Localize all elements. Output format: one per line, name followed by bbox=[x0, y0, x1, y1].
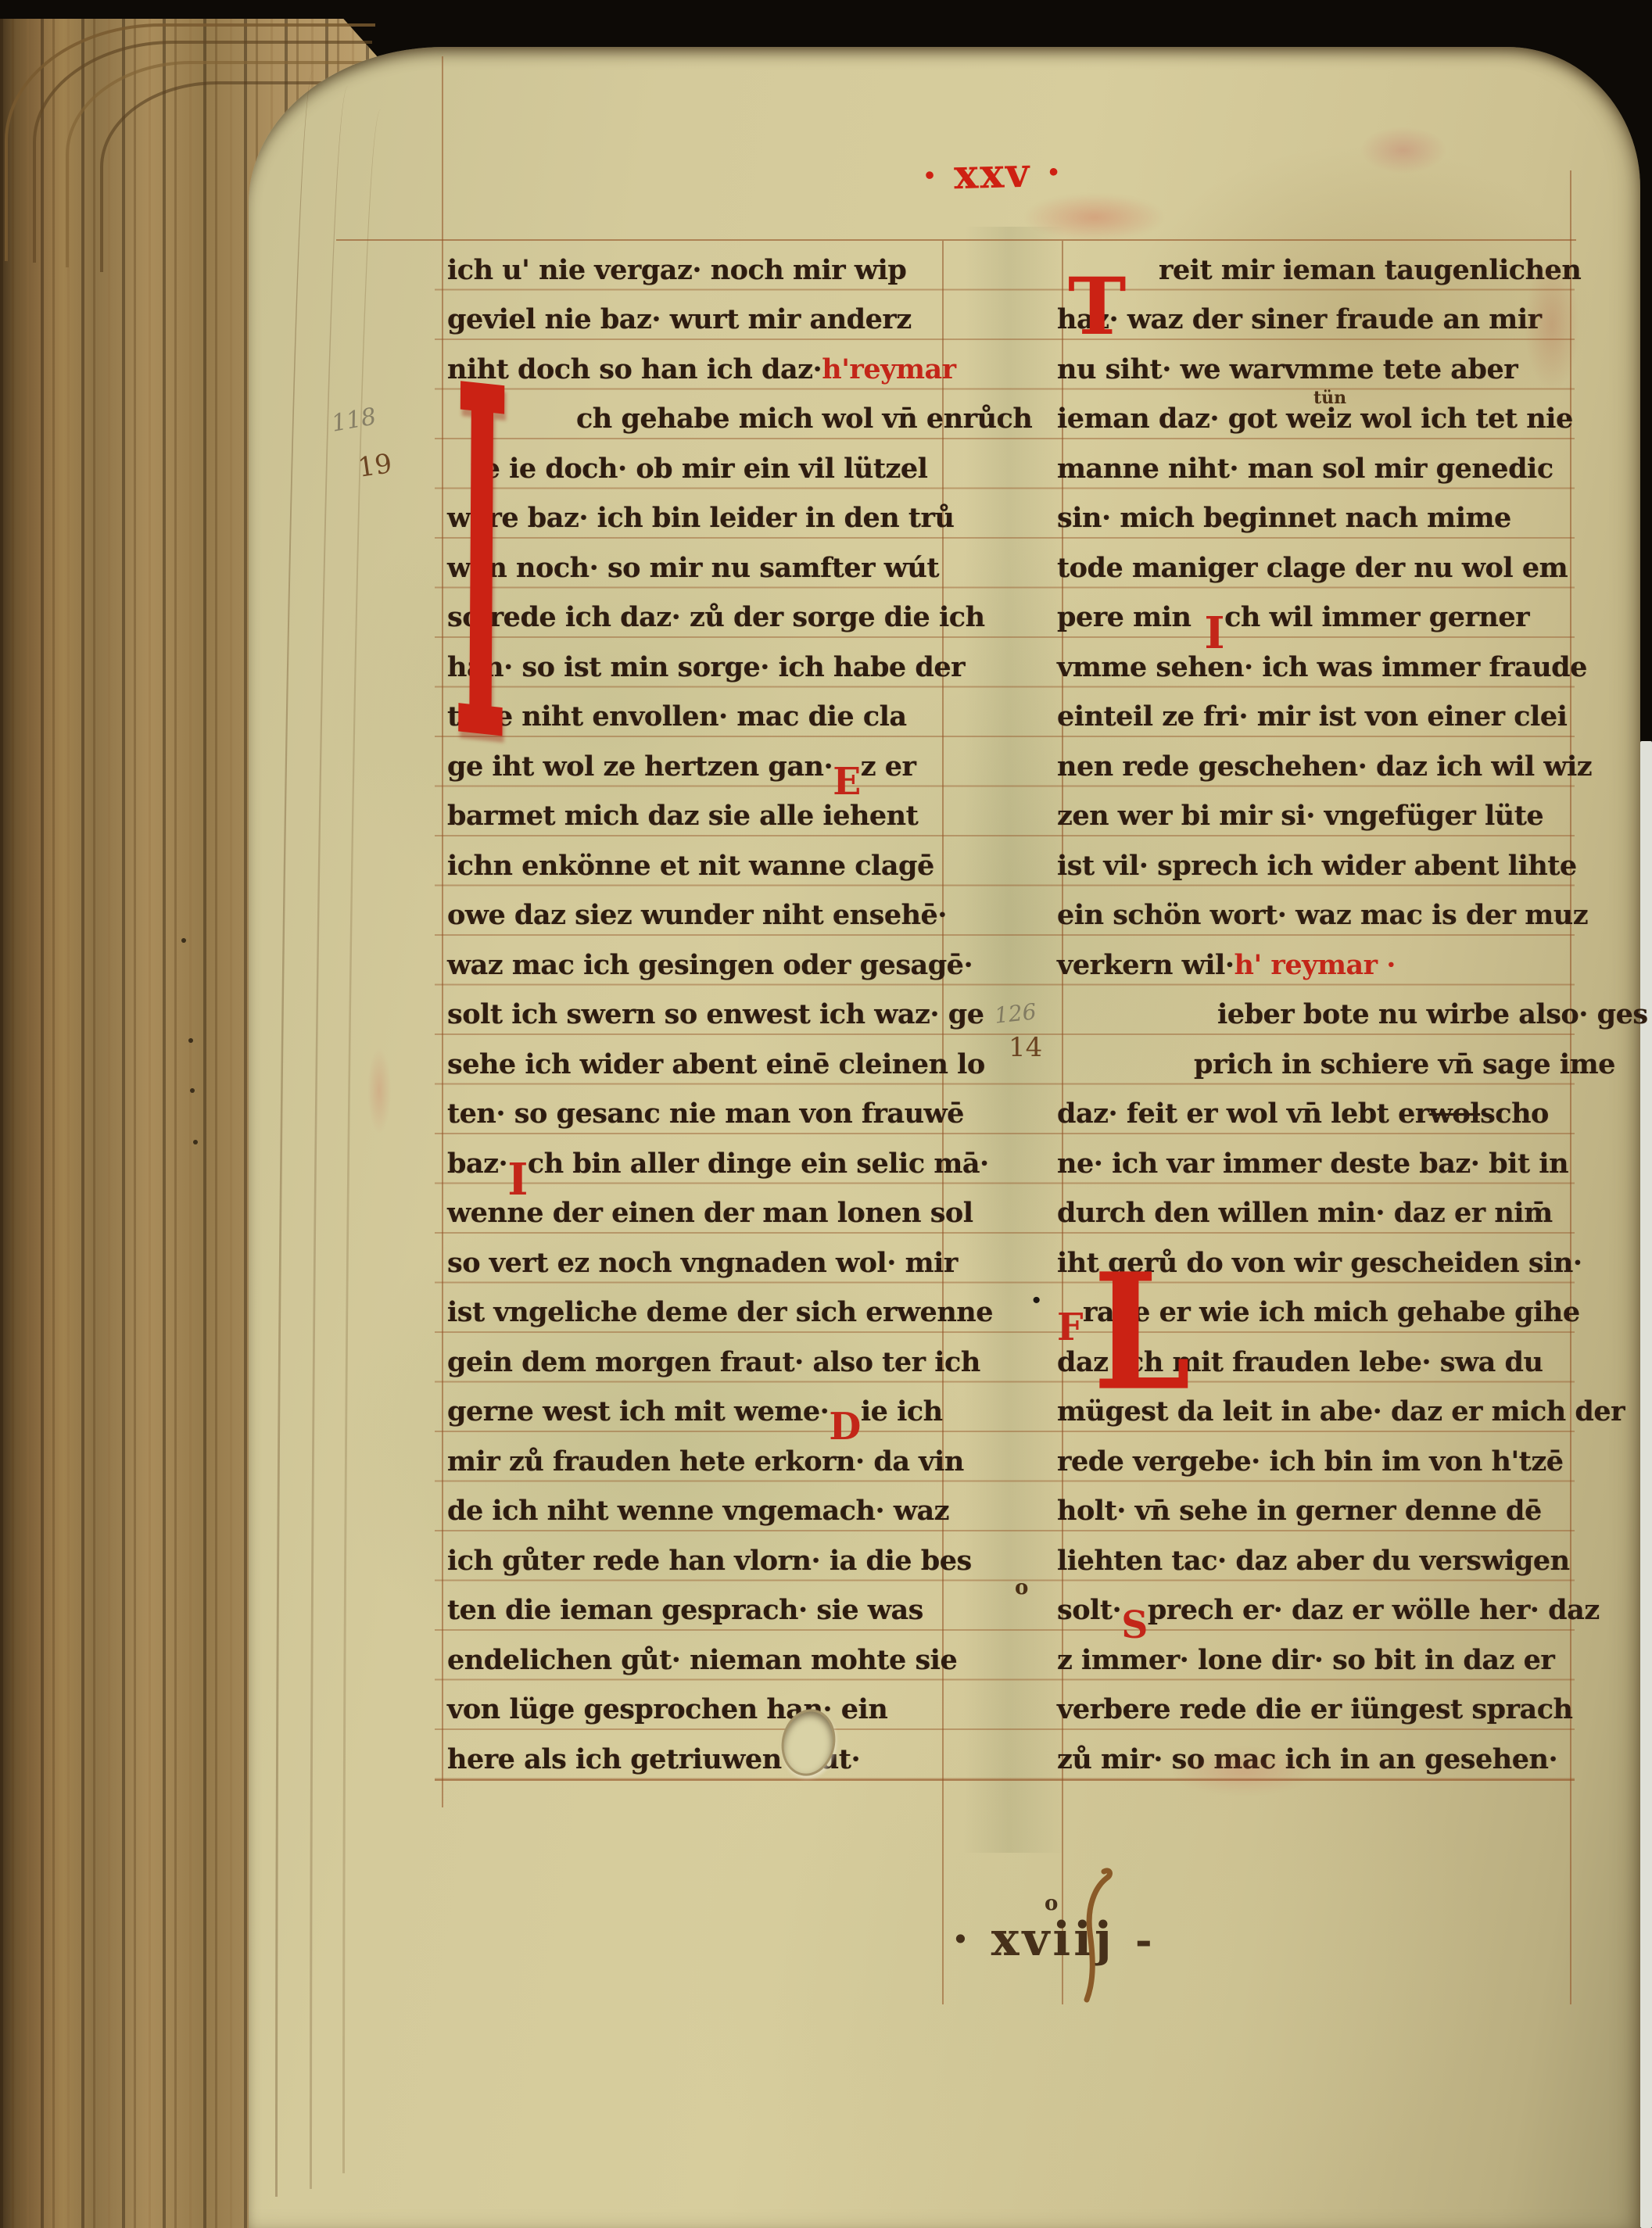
text-line: einteil ze fri· mir ist von einer clei bbox=[1057, 688, 1575, 738]
body-text: ie ich bbox=[861, 1395, 943, 1427]
body-text: ch gehabe mich wol vn̄ enrůch bbox=[576, 403, 1032, 435]
pricking-hole bbox=[190, 1088, 195, 1093]
body-text: z immer· lone dir· so bit in daz er bbox=[1057, 1644, 1554, 1676]
body-text: were baz· ich bin leider in den trů bbox=[447, 502, 954, 534]
body-text: nu siht· we warvmme tete aber bbox=[1057, 353, 1518, 385]
text-line: ich gůter rede han vlorn· ia die bes bbox=[447, 1531, 948, 1581]
text-line: ieber bote nu wirbe also· ges bbox=[1057, 986, 1575, 1036]
body-text: ist vngeliche deme der sich erwenne bbox=[447, 1296, 993, 1328]
rubric-text: h'reymar bbox=[822, 353, 955, 385]
body-text: solt· bbox=[1057, 1594, 1121, 1626]
initial-I-left-margin: I bbox=[453, 385, 510, 751]
quire-signature-dash: - bbox=[1135, 1917, 1152, 1965]
text-line: ist vngeliche deme der sich erwenne bbox=[447, 1284, 948, 1334]
body-text: sin· mich beginnet nach mime bbox=[1057, 502, 1511, 534]
body-text: endelichen gůt· nieman mohte sie bbox=[447, 1644, 957, 1676]
text-line: owe daz siez wunder niht ensehē· bbox=[447, 887, 948, 937]
body-text: waz mac ich gesingen oder gesagē· bbox=[447, 949, 973, 981]
text-line: tage niht envollen· mac die cla bbox=[447, 688, 948, 738]
text-line: pere min Ich wil immer gerner bbox=[1057, 589, 1575, 639]
body-text: gerne west ich mit weme· bbox=[447, 1395, 829, 1427]
body-text: geviel nie baz· wurt mir anderz bbox=[447, 303, 912, 335]
body-text: wenne der einen der man lonen sol bbox=[447, 1197, 973, 1229]
body-text: ich u' nie vergaz· noch mir wip bbox=[447, 254, 906, 286]
text-line: z immer· lone dir· so bit in daz er bbox=[1057, 1631, 1575, 1681]
body-text: pere min bbox=[1057, 601, 1204, 633]
text-column-right: reit mir ieman taugenlichenhaz· waz der … bbox=[1057, 241, 1575, 1780]
body-text: reit mir ieman taugenlichen bbox=[1159, 254, 1581, 286]
body-text: so vert ez noch vngnaden wol· mir bbox=[447, 1247, 958, 1279]
text-column-left: ich u' nie vergaz· noch mir wipgeviel ni… bbox=[447, 241, 948, 1780]
text-line: niht doch so han ich daz· h'reymar bbox=[447, 340, 948, 390]
body-text: rede vergebe· ich bin im von h'tzē bbox=[1057, 1445, 1563, 1478]
text-line: ten· so gesanc nie man von frauwē bbox=[447, 1085, 948, 1135]
body-text: manne niht· man sol mir genedic bbox=[1057, 453, 1553, 485]
body-text: wen noch· so mir nu samfter wút bbox=[447, 552, 939, 584]
rubricated-initial: wol bbox=[1429, 1098, 1480, 1130]
text-line: solt· Sprech er· daz er wölle her· daz bbox=[1057, 1581, 1575, 1632]
body-text: tode maniger clage der nu wol em bbox=[1057, 552, 1568, 584]
text-line: verkern wil· h' reymar · bbox=[1057, 936, 1575, 986]
text-line: wen noch· so mir nu samfter wút bbox=[447, 539, 948, 589]
pen-flourish bbox=[1077, 1867, 1113, 2004]
text-line: barmet mich daz sie alle iehent bbox=[447, 787, 948, 837]
quire-signature-small-o: o bbox=[1045, 1892, 1058, 1915]
body-text: ist vil· sprech ich wider abent lihte bbox=[1057, 850, 1577, 882]
initial-L-right-column: L bbox=[1093, 1252, 1191, 1413]
body-text: verkern wil· bbox=[1057, 949, 1235, 981]
body-text: ichn enkönne et nit wanne clagē bbox=[447, 850, 934, 882]
text-line: durch den willen min· daz er nim̄ bbox=[1057, 1184, 1575, 1234]
text-line: mir zů frauden hete erkorn· da vin bbox=[447, 1432, 948, 1482]
text-line: wenne der einen der man lonen sol bbox=[447, 1184, 948, 1234]
body-text: daz· feit er wol vn̄ lebt er bbox=[1057, 1098, 1429, 1130]
text-line: ne· ich var immer deste baz· bit in bbox=[1057, 1134, 1575, 1184]
text-line: te ie doch· ob mir ein vil lützel bbox=[447, 439, 948, 489]
body-text: holt· vn̄ sehe in gerner denne dē bbox=[1057, 1495, 1542, 1527]
body-text: ten die ieman gesprach· sie was bbox=[447, 1594, 923, 1626]
text-line: holt· vn̄ sehe in gerner denne dē bbox=[1057, 1482, 1575, 1532]
text-line: liehten tac· daz aber du verswigen bbox=[1057, 1531, 1575, 1581]
text-line: ichn enkönne et nit wanne clagē bbox=[447, 836, 948, 887]
body-text: baz· bbox=[447, 1148, 507, 1180]
text-line: haz· waz der siner fraude an mir bbox=[1057, 291, 1575, 341]
body-text: einteil ze fri· mir ist von einer clei bbox=[1057, 700, 1567, 733]
body-text: verbere rede die er iüngest sprach bbox=[1057, 1693, 1572, 1725]
body-text: de ich niht wenne vngemach· waz bbox=[447, 1495, 949, 1527]
margin-ink-number-left: 19 bbox=[356, 448, 393, 484]
text-line: sin· mich beginnet nach mime bbox=[1057, 489, 1575, 539]
folio-number: · xxv · bbox=[922, 149, 1063, 200]
body-text: te ie doch· ob mir ein vil lützel bbox=[471, 453, 927, 485]
text-line: tode maniger clage der nu wol em bbox=[1057, 539, 1575, 589]
rubric-text: h' reymar · bbox=[1235, 949, 1396, 981]
body-text: z er bbox=[861, 750, 916, 783]
manuscript-photo: · xxv · ich u' nie vergaz· noch mir wipg… bbox=[0, 0, 1652, 2228]
body-text: ne· ich var immer deste baz· bit in bbox=[1057, 1148, 1568, 1180]
body-text: ch wil immer gerner bbox=[1224, 601, 1529, 633]
text-line: ein schön wort· waz mac is der muz bbox=[1057, 887, 1575, 937]
text-line: ch gehabe mich wol vn̄ enrůch bbox=[447, 390, 948, 440]
folio-number-offset-stain bbox=[1024, 194, 1165, 241]
text-line: de ich niht wenne vngemach· waz bbox=[447, 1482, 948, 1532]
body-text: ich gůter rede han vlorn· ia die bes bbox=[447, 1545, 972, 1577]
text-line: gein dem morgen fraut· also ter ich bbox=[447, 1333, 948, 1383]
body-text: solt ich swern so enwest ich waz· ge bbox=[447, 998, 984, 1030]
text-line: rede vergebe· ich bin im von h'tzē bbox=[1057, 1432, 1575, 1482]
text-line: here als ich getriuwen můt· bbox=[447, 1730, 948, 1780]
text-line: zů mir· so mac ich in an gesehen· bbox=[1057, 1730, 1575, 1780]
body-text: gein dem morgen fraut· also ter ich bbox=[447, 1346, 980, 1378]
body-text: ein schön wort· waz mac is der muz bbox=[1057, 899, 1588, 931]
text-line: manne niht· man sol mir genedic bbox=[1057, 439, 1575, 489]
text-line: ten die ieman gesprach· sie was bbox=[447, 1581, 948, 1632]
text-line: zen wer bi mir si· vngefüger lüte bbox=[1057, 787, 1575, 837]
margin-pencil-number-right: 126 bbox=[993, 998, 1037, 1028]
margin-paragraph-dot: · bbox=[1030, 1281, 1042, 1320]
margin-ink-number-right: 14 bbox=[1009, 1032, 1042, 1063]
text-line: so vert ez noch vngnaden wol· mir bbox=[447, 1234, 948, 1284]
pricking-hole bbox=[181, 938, 186, 943]
body-text: so rede ich daz· zů der sorge die ich bbox=[447, 601, 985, 633]
text-line: waz mac ich gesingen oder gesagē· bbox=[447, 936, 948, 986]
text-line: gerne west ich mit weme· Die ich bbox=[447, 1383, 948, 1433]
text-line: daz· feit er wol vn̄ lebt er wol scho bbox=[1057, 1085, 1575, 1135]
body-text: vmme sehen· ich was immer fraude bbox=[1057, 651, 1587, 683]
text-line: han· so ist min sorge· ich habe der bbox=[447, 638, 948, 688]
body-text: nen rede geschehen· daz ich wil wiz bbox=[1057, 750, 1592, 783]
body-text: ch bin aller dinge ein selic mā· bbox=[528, 1148, 989, 1180]
photo-edge-strip bbox=[1640, 741, 1652, 2228]
text-line: solt ich swern so enwest ich waz· ge bbox=[447, 986, 948, 1036]
body-text: scho bbox=[1480, 1098, 1549, 1130]
margin-small-o: o bbox=[1015, 1576, 1028, 1599]
text-line: so rede ich daz· zů der sorge die ich bbox=[447, 589, 948, 639]
body-text: tage niht envollen· mac die cla bbox=[447, 700, 907, 733]
body-text: ten· so gesanc nie man von frauwē bbox=[447, 1098, 964, 1130]
text-line: nu siht· we warvmme tete aber bbox=[1057, 340, 1575, 390]
text-line: ist vil· sprech ich wider abent lihte bbox=[1057, 836, 1575, 887]
body-text: prech er· daz er wölle her· daz bbox=[1148, 1594, 1600, 1626]
body-text: ieber bote nu wirbe also· ges bbox=[1217, 998, 1648, 1030]
text-line: ich u' nie vergaz· noch mir wip bbox=[447, 241, 948, 291]
text-line: ge iht wol ze hertzen gan· Ez er bbox=[447, 737, 948, 787]
body-text: han· so ist min sorge· ich habe der bbox=[447, 651, 965, 683]
text-line: von lüge gesprochen han· ein bbox=[447, 1681, 948, 1731]
text-line: sehe ich wider abent einē cleinen lo bbox=[447, 1035, 948, 1085]
body-text: durch den willen min· daz er nim̄ bbox=[1057, 1197, 1553, 1229]
pricking-hole bbox=[188, 1038, 193, 1043]
body-text: liehten tac· daz aber du verswigen bbox=[1057, 1545, 1570, 1577]
body-text: prich in schiere vn̄ sage ime bbox=[1194, 1048, 1615, 1080]
body-text: haz· waz der siner fraude an mir bbox=[1057, 303, 1542, 335]
text-line: vmme sehen· ich was immer fraude bbox=[1057, 638, 1575, 688]
body-text: owe daz siez wunder niht ensehē· bbox=[447, 899, 947, 931]
interlinear-correction: tün bbox=[1313, 388, 1346, 408]
text-line: nen rede geschehen· daz ich wil wiz bbox=[1057, 737, 1575, 787]
body-text: barmet mich daz sie alle iehent bbox=[447, 800, 918, 832]
text-line: geviel nie baz· wurt mir anderz bbox=[447, 291, 948, 341]
text-line: endelichen gůt· nieman mohte sie bbox=[447, 1631, 948, 1681]
text-line: baz· Ich bin aller dinge ein selic mā· bbox=[447, 1134, 948, 1184]
text-line: prich in schiere vn̄ sage ime bbox=[1057, 1035, 1575, 1085]
text-line: reit mir ieman taugenlichen bbox=[1057, 241, 1575, 291]
text-line: were baz· ich bin leider in den trů bbox=[447, 489, 948, 539]
body-text: sehe ich wider abent einē cleinen lo bbox=[447, 1048, 985, 1080]
pricking-hole bbox=[193, 1140, 198, 1144]
body-text: mir zů frauden hete erkorn· da vin bbox=[447, 1445, 964, 1478]
body-text: zů mir· so mac ich in an gesehen· bbox=[1057, 1743, 1557, 1775]
initial-T-right-column: T bbox=[1068, 267, 1126, 346]
body-text: zen wer bi mir si· vngefüger lüte bbox=[1057, 800, 1543, 832]
ruling-vertical-left bbox=[442, 56, 443, 1807]
text-line: verbere rede die er iüngest sprach bbox=[1057, 1681, 1575, 1731]
